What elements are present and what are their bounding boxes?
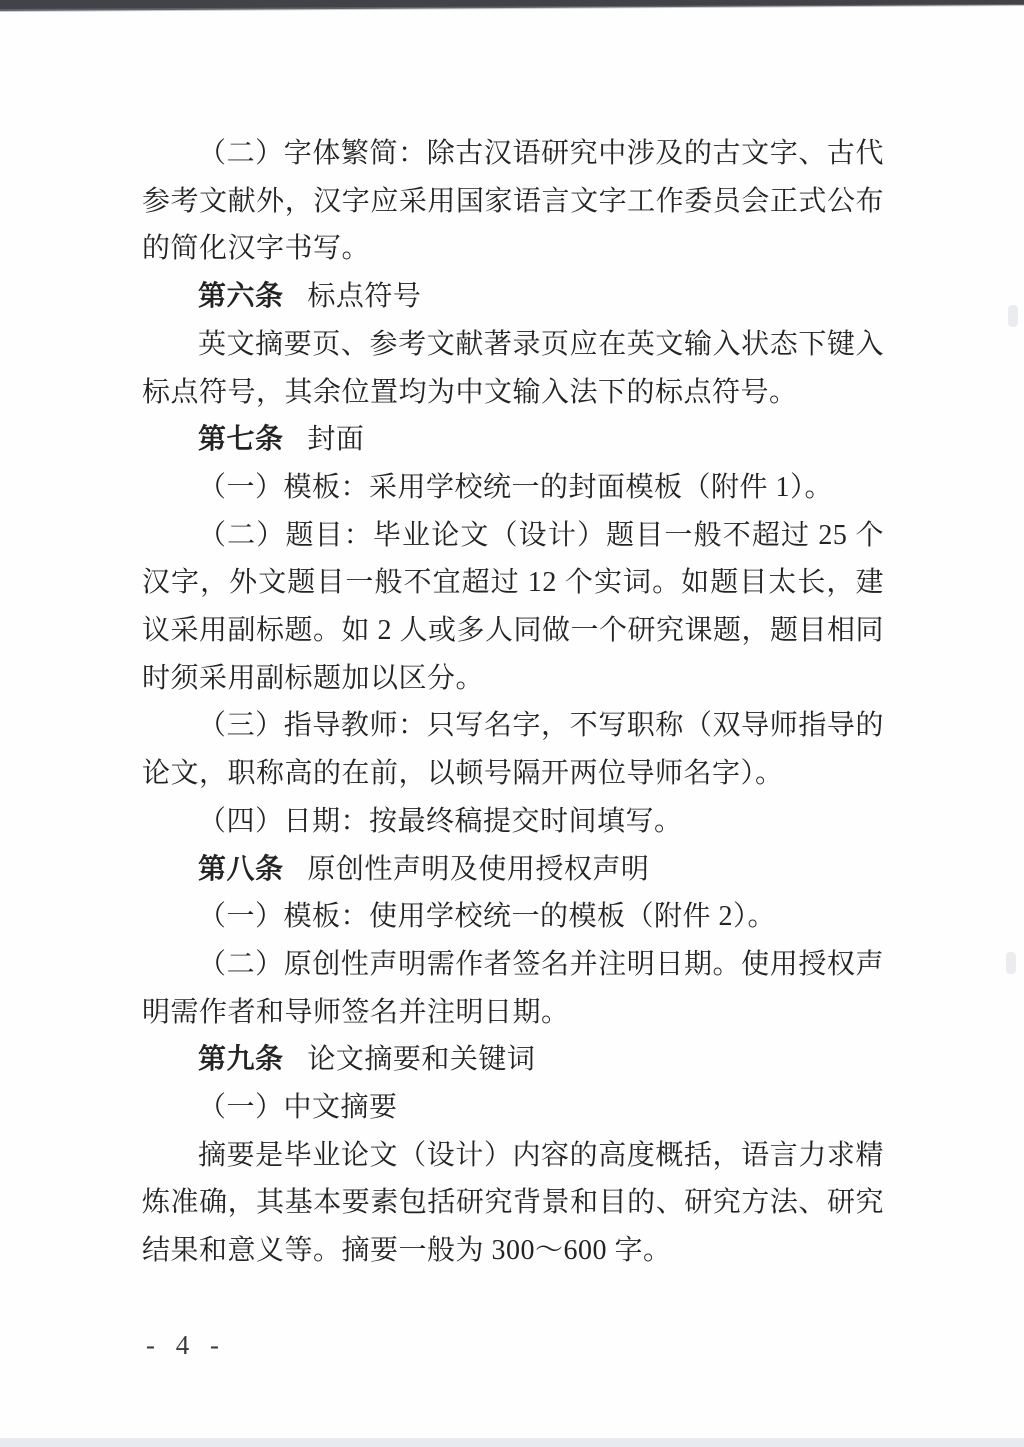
paragraph: （二）字体繁简：除古汉语研究中涉及的古文字、古代参考文献外，汉字应采用国家语言文… xyxy=(142,130,884,273)
scan-bottom-edge xyxy=(0,1438,1024,1447)
article-title: 原创性声明及使用授权声明 xyxy=(307,854,649,885)
article-title: 封面 xyxy=(307,424,364,455)
article-heading: 第六条标点符号 xyxy=(142,273,884,321)
paragraph: （一）模板：使用学校统一的模板（附件 2）。 xyxy=(142,893,884,941)
article-number: 第六条 xyxy=(198,281,284,312)
paragraph: （二）原创性声明需作者签名并注明日期。使用授权声明需作者和导师签名并注明日期。 xyxy=(142,941,884,1036)
document-body: （二）字体繁简：除古汉语研究中涉及的古文字、古代参考文献外，汉字应采用国家语言文… xyxy=(142,130,884,1275)
paragraph: （一）模板：采用学校统一的封面模板（附件 1）。 xyxy=(142,464,884,512)
page-number: - 4 - xyxy=(146,1330,226,1361)
paragraph: （四）日期：按最终稿提交时间填写。 xyxy=(142,798,884,846)
article-title: 标点符号 xyxy=(307,281,421,312)
article-number: 第七条 xyxy=(198,424,284,455)
paragraph: （三）指导教师：只写名字，不写职称（双导师指导的论文，职称高的在前，以顿号隔开两… xyxy=(142,702,884,797)
paragraph: （二）题目：毕业论文（设计）题目一般不超过 25 个汉字，外文题目一般不宜超过 … xyxy=(142,512,884,703)
scanned-document-page: （二）字体繁简：除古汉语研究中涉及的古文字、古代参考文献外，汉字应采用国家语言文… xyxy=(0,0,1024,1447)
paragraph: 摘要是毕业论文（设计）内容的高度概括，语言力求精炼准确，其基本要素包括研究背景和… xyxy=(142,1132,884,1275)
scan-speck xyxy=(1006,952,1016,974)
scan-speck xyxy=(1008,305,1018,327)
article-heading: 第八条原创性声明及使用授权声明 xyxy=(142,846,884,894)
paragraph: 英文摘要页、参考文献著录页应在英文输入状态下键入标点符号，其余位置均为中文输入法… xyxy=(142,321,884,416)
article-heading: 第七条封面 xyxy=(142,416,884,464)
article-title: 论文摘要和关键词 xyxy=(307,1044,535,1075)
article-number: 第九条 xyxy=(198,1044,284,1075)
article-heading: 第九条论文摘要和关键词 xyxy=(142,1036,884,1084)
scan-edge-artifact xyxy=(0,0,1024,14)
paragraph: （一）中文摘要 xyxy=(142,1084,884,1132)
article-number: 第八条 xyxy=(198,854,284,885)
